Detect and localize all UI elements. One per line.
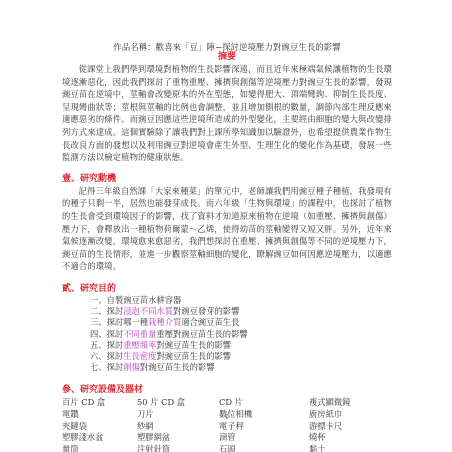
equipment-cell: 紗網: [137, 421, 219, 433]
equipment-cell: 刀片: [137, 409, 219, 421]
equipment-cell: 夾鏈袋: [62, 421, 137, 433]
highlight-term: 不同重量: [123, 329, 156, 339]
equipment-cell: 數位相機: [219, 409, 309, 421]
section-heading-equipment: 參、研究設備及器材: [62, 384, 392, 396]
equipment-cell: 廚房紙巾: [309, 409, 389, 421]
page-number: 1: [225, 414, 229, 421]
purpose-list: 一、自製豌豆苗水耕容器 二、探討浸泡不同水質對豌豆發芽的影響 三、探討哪一種栽種…: [62, 295, 392, 373]
equipment-cell: 石頭: [219, 444, 309, 452]
abstract-text: 從課堂上我們學到環境對植物的生長影響深遠，而且近年來極端氣候讓植物的生長環境逐漸…: [62, 63, 392, 164]
section-heading-motivation: 壹、研究動機: [62, 173, 392, 185]
equipment-cell: 50 片 CD 盒: [137, 397, 219, 409]
equipment-cell: 游標卡尺: [309, 421, 389, 433]
equipment-cell: 複式顯微鏡: [309, 397, 389, 409]
highlight-term: 創傷: [123, 362, 140, 372]
purpose-item: 三、探討哪一種栽種介質適合豌豆苗生長: [90, 317, 392, 328]
purpose-item: 四、探討不同重量重壓對豌豆苗生長的影響: [90, 329, 392, 340]
purpose-item: 七、探討創傷對豌豆苗生長的影響: [90, 362, 392, 373]
work-title: 作品名稱：歡喜來「豆」陣~探討逆境壓力對豌豆生長的影響: [62, 42, 392, 52]
motivation-text: 記得三年級自然課「大家來種菜」的單元中，老師讓我們用豌豆種子種植，我發現有的種子…: [62, 185, 392, 273]
abstract-heading: 摘要: [62, 52, 392, 63]
equipment-cell: 電子秤: [219, 421, 309, 433]
document-page: 作品名稱：歡喜來「豆」陣~探討逆境壓力對豌豆生長的影響 摘要 從課堂上我們學到環…: [62, 42, 392, 452]
equipment-cell: CD 片: [219, 397, 309, 409]
purpose-item: 一、自製豌豆苗水耕容器: [90, 295, 392, 306]
equipment-cell: 百片 CD 盒: [62, 397, 137, 409]
highlight-term: 生長密度: [123, 351, 156, 361]
purpose-item: 五、探討重壓頻率對豌豆苗生長的影響: [90, 340, 392, 351]
highlight-term: 浸泡不同水質: [123, 306, 173, 316]
equipment-cell: 滴管: [219, 432, 309, 444]
equipment-cell: 注射針筒: [137, 444, 219, 452]
equipment-cell: 電鑽: [62, 409, 137, 421]
highlight-term: 栽種介質: [148, 317, 181, 327]
highlight-term: 重壓頻率: [123, 340, 156, 350]
equipment-cell: 量筒: [62, 444, 137, 452]
equipment-cell: 黏土: [309, 444, 389, 452]
equipment-cell: 燒杯: [309, 432, 389, 444]
purpose-item: 二、探討浸泡不同水質對豌豆發芽的影響: [90, 306, 392, 317]
purpose-item: 六、探討生長密度對豌豆苗生長的影響: [90, 351, 392, 362]
equipment-cell: 塑膠網盆: [137, 432, 219, 444]
equipment-table: 百片 CD 盒 50 片 CD 盒 CD 片 複式顯微鏡 電鑽 刀片 數位相機 …: [62, 397, 392, 452]
equipment-cell: 塑膠淺水盆: [62, 432, 137, 444]
section-heading-purpose: 貳、研究目的: [62, 283, 392, 295]
